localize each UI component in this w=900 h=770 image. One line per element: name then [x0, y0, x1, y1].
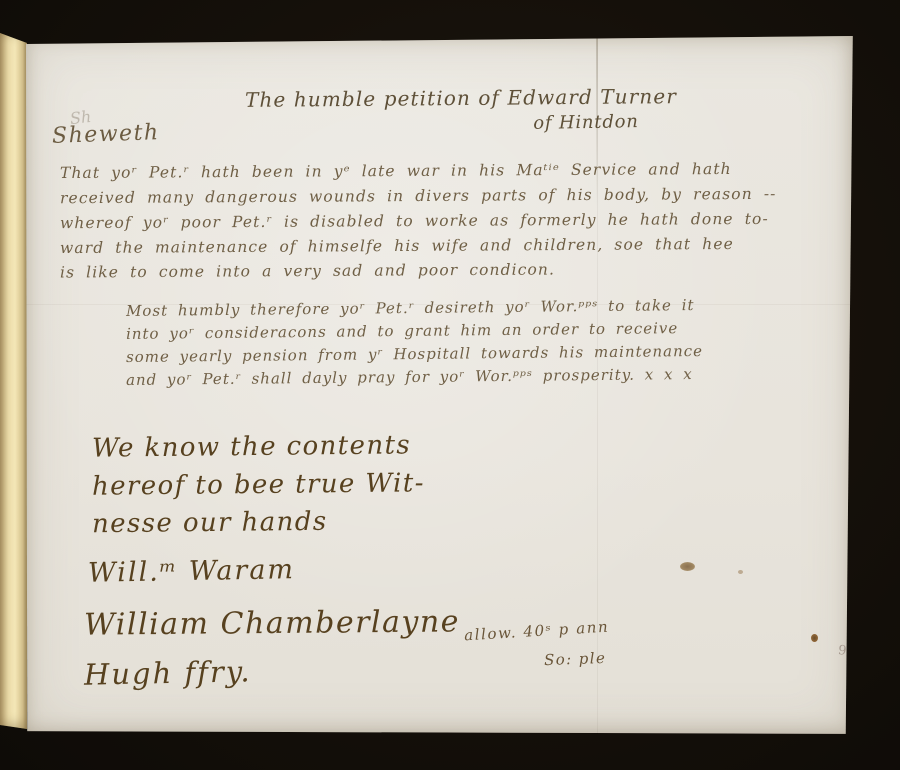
prayer-line: and yoʳ Pet.ʳ shall dayly pray for yoʳ W…	[126, 365, 693, 389]
signature-william-waram: Will.ᵐ Waram	[88, 554, 296, 589]
clerk-annotation-line1: allow. 40ˢ p ann	[464, 618, 610, 645]
adjacent-page-edge	[0, 27, 27, 731]
salutation: Sheweth	[52, 120, 160, 149]
signature-hugh-ffry: Hugh ffry.	[84, 654, 252, 692]
signature-william-chamberlayne: William Chamberlayne	[84, 604, 460, 642]
ink-stain	[811, 634, 818, 642]
folio-number: 97	[837, 643, 855, 660]
petition-title: The humble petition of Edward Turner	[211, 84, 711, 112]
witness-line: hereof to bee true Wit-	[92, 468, 425, 501]
manuscript-page: The humble petition of Edward Turner of …	[26, 36, 854, 736]
ink-stain	[680, 562, 695, 571]
clerk-annotation-line2: So: ple	[544, 649, 607, 669]
petition-title-place: of Hintdon	[496, 110, 676, 134]
body-line: is like to come into a very sad and poor…	[60, 260, 555, 281]
body-line: received many dangerous wounds in divers…	[60, 185, 777, 207]
witness-line: We know the contents	[92, 430, 411, 463]
body-line: whereof yoʳ poor Pet.ʳ is disabled to wo…	[60, 210, 769, 232]
body-line: ward the maintenance of himselfe his wif…	[60, 235, 734, 257]
body-line: That yoʳ Pet.ʳ hath been in yᵉ late war …	[60, 160, 732, 182]
prayer-line: Most humbly therefore yoʳ Pet.ʳ desireth…	[126, 296, 695, 320]
ink-stain	[738, 570, 743, 574]
prayer-line: some yearly pension from yʳ Hospitall to…	[126, 342, 703, 366]
photograph-background: The humble petition of Edward Turner of …	[0, 0, 900, 770]
prayer-line: into yoʳ consideracons and to grant him …	[126, 319, 678, 343]
witness-line: nesse our hands	[92, 507, 328, 539]
